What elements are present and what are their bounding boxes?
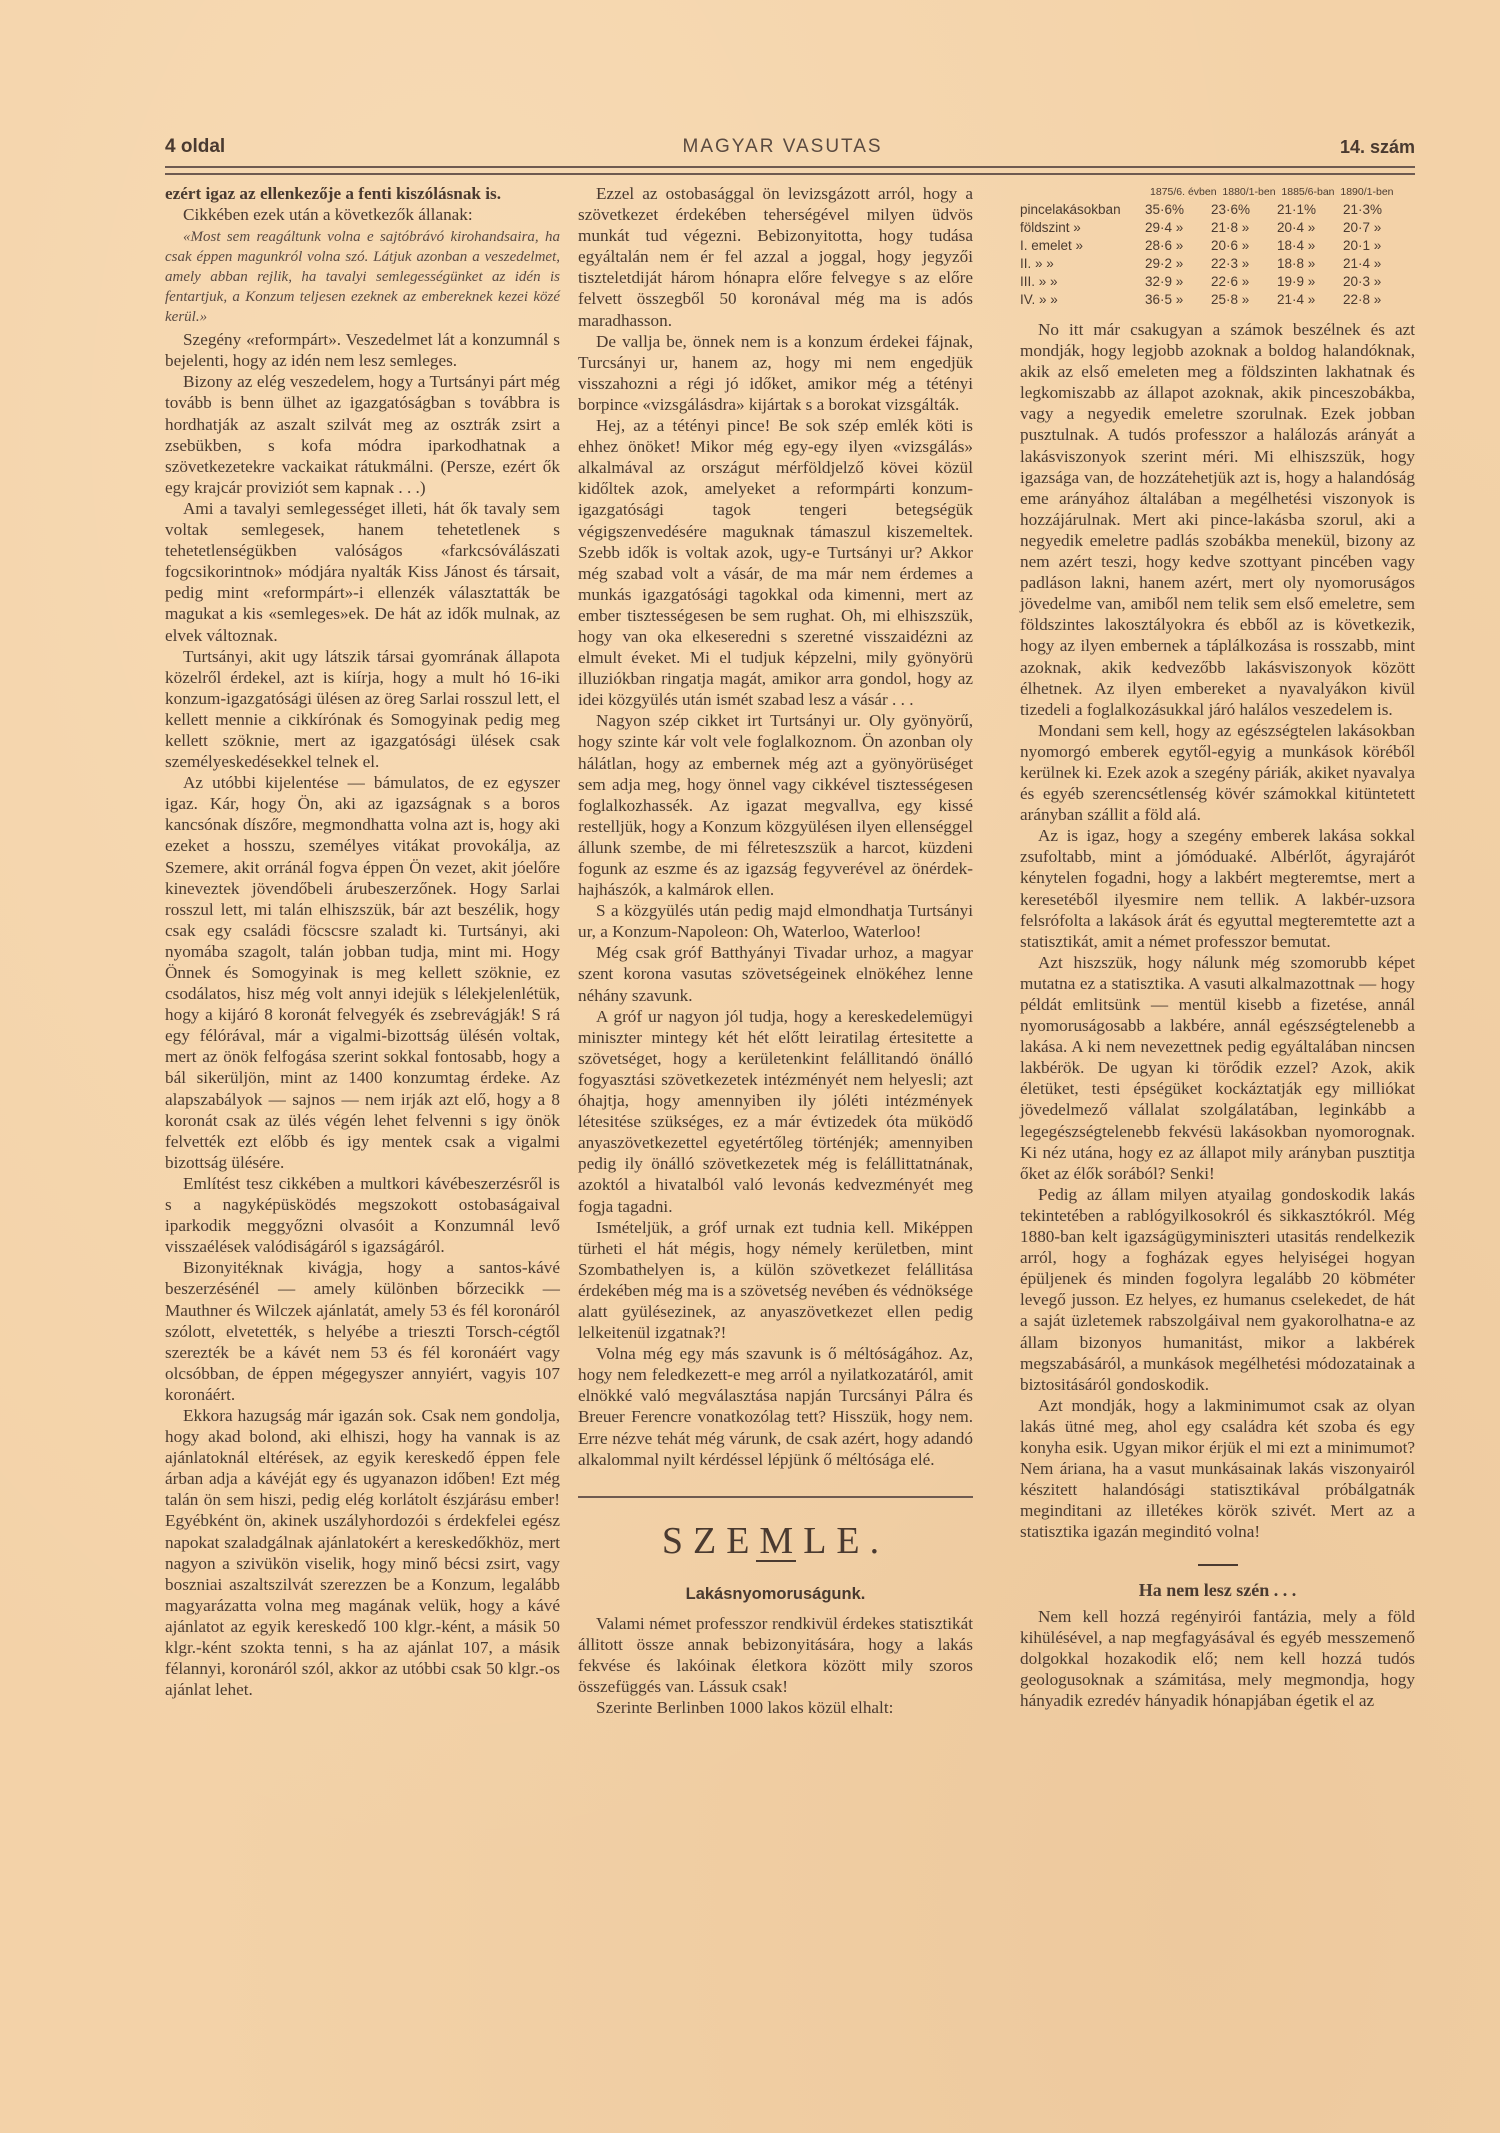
mortality-table: 1875/6. évben 1880/1-ben 1885/6-ban 1890… — [1020, 183, 1415, 309]
paragraph: A gróf ur nagyon jól tudja, hogy a keres… — [578, 1006, 973, 1217]
paragraph: Említést tesz cikkében a multkori kávébe… — [165, 1173, 560, 1257]
paragraph: Az is igaz, hogy a szegény emberek lakás… — [1020, 825, 1415, 952]
column-3: 1875/6. évben 1880/1-ben 1885/6-ban 1890… — [1020, 183, 1415, 1711]
article-separator — [1198, 1564, 1238, 1566]
article-title: Lakásnyomoruságunk. — [578, 1584, 973, 1605]
paragraph: Mondani sem kell, hogy az egészségtelen … — [1020, 720, 1415, 825]
table-row: pincelakásokban 35·6% 23·6% 21·1% 21·3% — [1020, 201, 1415, 219]
paragraph: Volna még egy más szavunk is ő méltóságá… — [578, 1343, 973, 1470]
paragraph: De vallja be, önnek nem is a konzum érde… — [578, 331, 973, 415]
newspaper-page: 4 oldal MAGYAR VASUTAS 14. szám ezért ig… — [165, 128, 1415, 175]
masthead: MAGYAR VASUTAS — [683, 136, 883, 158]
paragraph: Azt mondják, hogy a lakminimumot csak az… — [1020, 1395, 1415, 1543]
quote: «Most sem reagáltunk volna e sajtóbrávó … — [165, 227, 560, 327]
table-header: 1875/6. évben 1880/1-ben 1885/6-ban 1890… — [1020, 183, 1415, 201]
paragraph: Cikkében ezek után a következők állanak: — [165, 204, 560, 225]
table-row: IV. » » 36·5 » 25·8 » 21·4 » 22·8 » — [1020, 291, 1415, 309]
page-header: 4 oldal MAGYAR VASUTAS 14. szám — [165, 128, 1415, 158]
paragraph: Még csak gróf Batthyányi Tivadar urhoz, … — [578, 942, 973, 1005]
page-number: 4 oldal — [165, 136, 225, 158]
paragraph: Ismételjük, a gróf urnak ezt tudnia kell… — [578, 1217, 973, 1344]
paragraph: Bizonyitéknak kivágja, hogy a santos-káv… — [165, 1257, 560, 1405]
paragraph: Azt hiszszük, hogy nálunk még szomorubb … — [1020, 952, 1415, 1184]
paragraph: Szegény «reformpárt». Veszedelmet lát a … — [165, 329, 560, 371]
table-row: III. » » 32·9 » 22·6 » 19·9 » 20·3 » — [1020, 273, 1415, 291]
paragraph: ezért igaz az ellenkezője a fenti kiszól… — [165, 183, 560, 204]
paragraph: Valami német professzor rendkivül érdeke… — [578, 1613, 973, 1697]
paragraph: Ezzel az ostobasággal ön levizsgázott ar… — [578, 183, 973, 331]
paragraph: Pedig az állam milyen atyailag gondoskod… — [1020, 1184, 1415, 1395]
header-rule — [165, 166, 1415, 175]
paragraph: Ekkora hazugság már igazán sok. Csak nem… — [165, 1405, 560, 1700]
paragraph: Hej, az a tétényi pince! Be sok szép eml… — [578, 415, 973, 710]
section-divider — [578, 1496, 973, 1501]
article-title: Ha nem lesz szén . . . — [1020, 1580, 1415, 1601]
paragraph: No itt már csakugyan a számok beszélnek … — [1020, 319, 1415, 720]
column-1: ezért igaz az ellenkezője a fenti kiszól… — [165, 183, 560, 1700]
paragraph: Szerinte Berlinben 1000 lakos közül elha… — [578, 1697, 973, 1718]
column-2: Ezzel az ostobasággal ön levizsgázott ar… — [578, 183, 973, 1718]
paragraph: Az utóbbi kijelentése — bámulatos, de ez… — [165, 772, 560, 1173]
paragraph: Ami a tavalyi semlegességet illeti, hát … — [165, 498, 560, 646]
section-title: SZEMLE. — [578, 1531, 973, 1552]
table-row: I. emelet » 28·6 » 20·6 » 18·4 » 20·1 » — [1020, 237, 1415, 255]
issue-number: 14. szám — [1340, 137, 1415, 158]
table-row: földszint » 29·4 » 21·8 » 20·4 » 20·7 » — [1020, 219, 1415, 237]
paragraph: Bizony az elég veszedelem, hogy a Turtsá… — [165, 371, 560, 498]
table-row: II. » » 29·2 » 22·3 » 18·8 » 21·4 » — [1020, 255, 1415, 273]
paragraph: Nagyon szép cikket irt Turtsányi ur. Oly… — [578, 710, 973, 900]
paragraph: S a közgyülés után pedig majd elmondhatj… — [578, 900, 973, 942]
paragraph: Turtsányi, akit ugy látszik társai gyomr… — [165, 646, 560, 773]
paragraph: Nem kell hozzá regényirói fantázia, mely… — [1020, 1606, 1415, 1711]
